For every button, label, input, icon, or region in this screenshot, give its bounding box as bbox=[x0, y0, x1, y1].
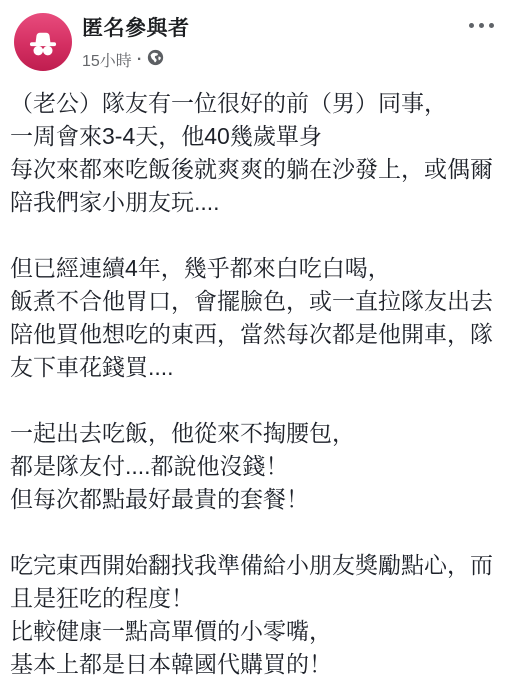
ellipsis-dot bbox=[469, 23, 474, 28]
ellipsis-dot bbox=[479, 23, 484, 28]
avatar[interactable] bbox=[14, 13, 72, 71]
more-options-button[interactable] bbox=[467, 13, 496, 38]
post-card: 匿名參與者 15小時 · （老公）隊友有一位很好的前（男）同事， 一周會來3-4… bbox=[0, 0, 508, 690]
ellipsis-dot bbox=[489, 23, 494, 28]
dot-separator: · bbox=[137, 51, 142, 69]
globe-icon bbox=[147, 49, 164, 71]
timestamp[interactable]: 15小時 bbox=[82, 48, 132, 71]
post-header: 匿名參與者 15小時 · bbox=[0, 0, 508, 71]
incognito-icon bbox=[24, 23, 62, 61]
author-name[interactable]: 匿名參與者 bbox=[82, 15, 467, 42]
header-meta: 匿名參與者 15小時 · bbox=[82, 13, 467, 71]
post-text: （老公）隊友有一位很好的前（男）同事， 一周會來3-4天，他40幾歲單身 每次來… bbox=[0, 71, 508, 681]
post-subline[interactable]: 15小時 · bbox=[82, 48, 467, 71]
